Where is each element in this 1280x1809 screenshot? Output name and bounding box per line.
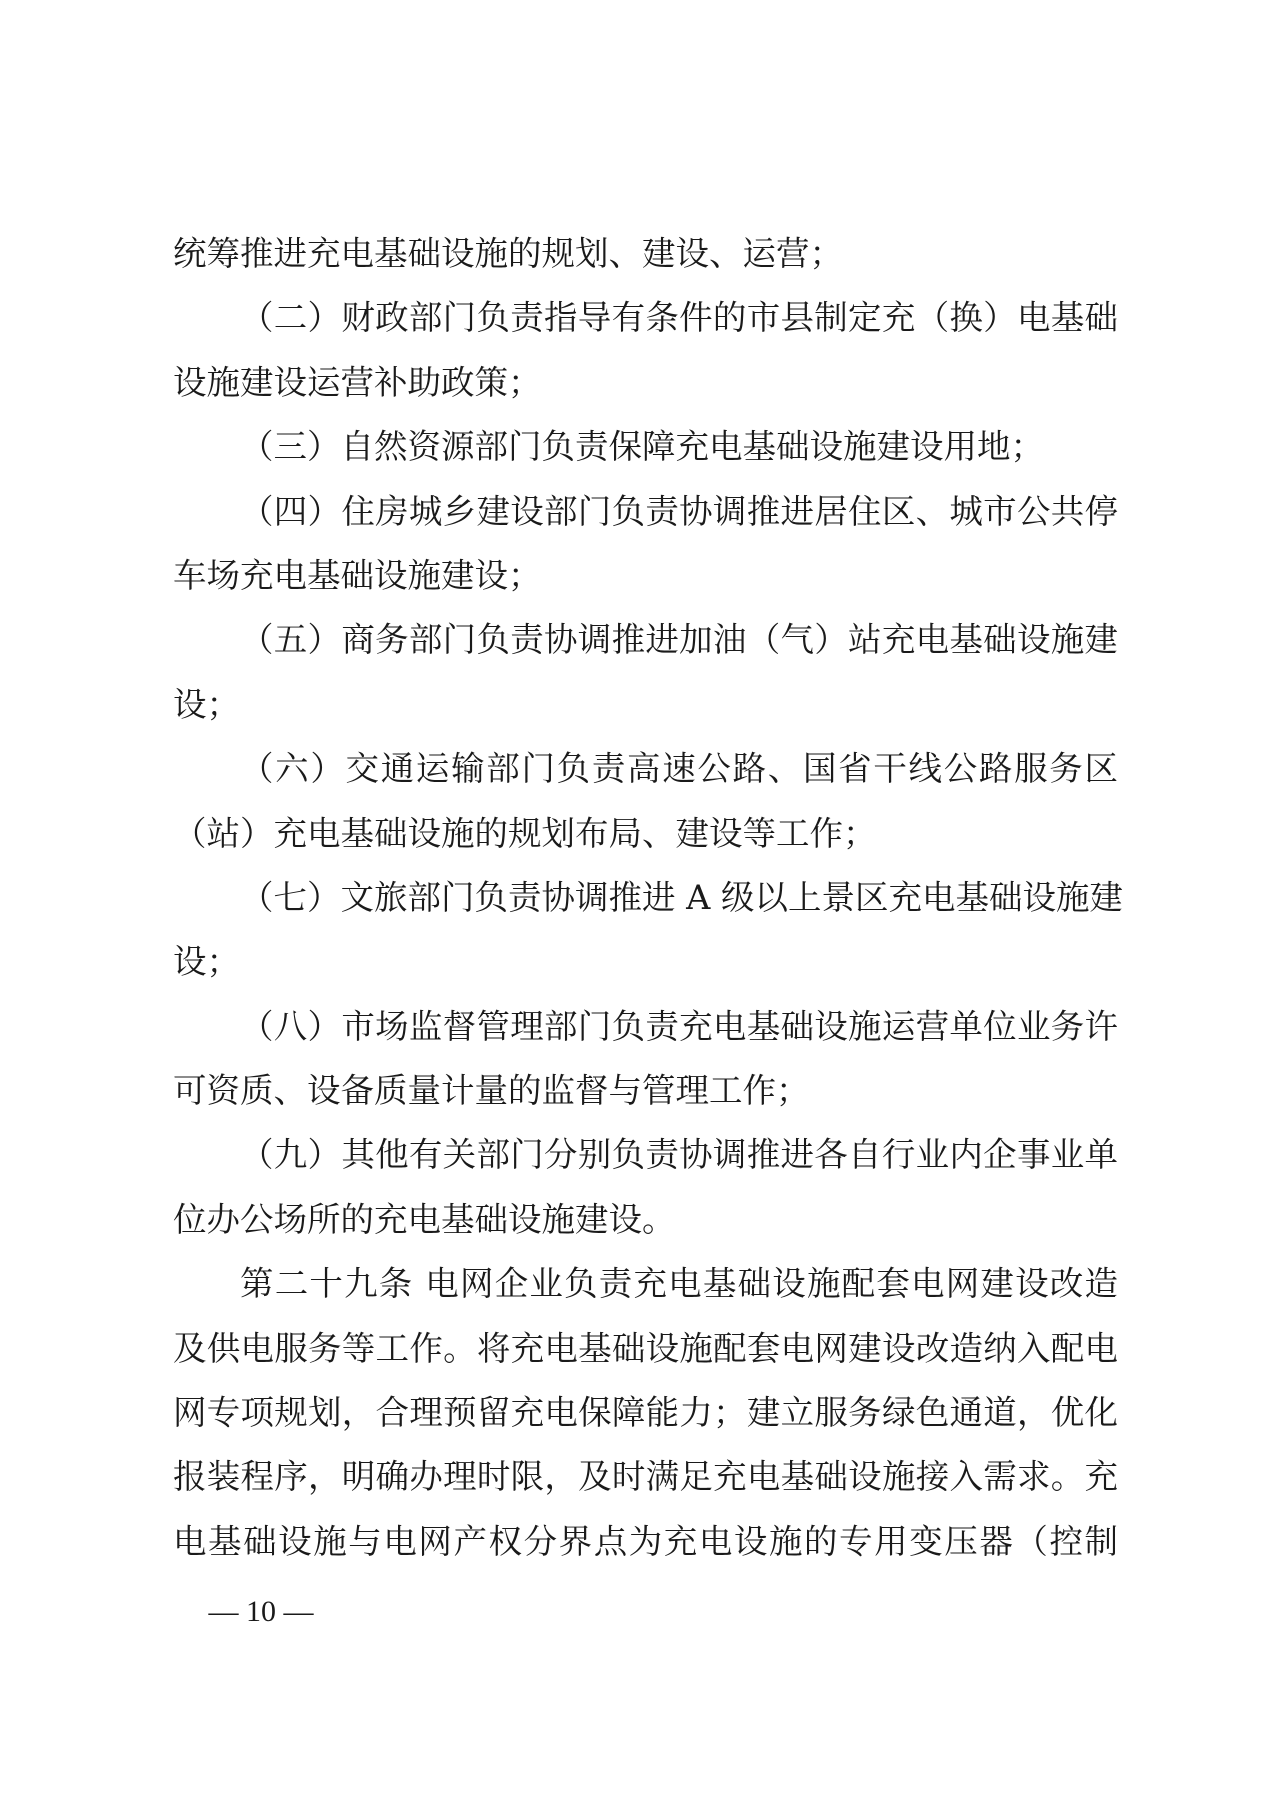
text-line-3: （三）自然资源部门负责保障充电基础设施建设用地； (173, 415, 1118, 479)
text-line-14: （九）其他有关部门分别负责协调推进各自行业内企事业单 (173, 1123, 1118, 1187)
text-line-13: 可资质、设备质量计量的监督与管理工作； (173, 1059, 1118, 1123)
text-line-8: （六）交通运输部门负责高速公路、国省干线公路服务区 (173, 737, 1118, 801)
text-line-4: （四）住房城乡建设部门负责协调推进居住区、城市公共停 (173, 480, 1118, 544)
text-line-0: 统筹推进充电基础设施的规划、建设、运营； (173, 222, 1118, 286)
text-line-5: 车场充电基础设施建设； (173, 544, 1118, 608)
document-page: 统筹推进充电基础设施的规划、建设、运营； （二）财政部门负责指导有条件的市县制定… (0, 0, 1280, 1809)
text-line-10: （七）文旅部门负责协调推进 A 级以上景区充电基础设施建 (173, 866, 1118, 930)
article-29-heading-line: 第二十九条 电网企业负责充电基础设施配套电网建设改造 (173, 1252, 1118, 1316)
text-line-19: 报装程序，明确办理时限，及时满足充电基础设施接入需求。充 (173, 1445, 1118, 1509)
document-body: 统筹推进充电基础设施的规划、建设、运营； （二）财政部门负责指导有条件的市县制定… (173, 222, 1118, 1574)
text-line-6: （五）商务部门负责协调推进加油（气）站充电基础设施建 (173, 608, 1118, 672)
text-line-1: （二）财政部门负责指导有条件的市县制定充（换）电基础 (173, 286, 1118, 350)
text-line-15: 位办公场所的充电基础设施建设。 (173, 1188, 1118, 1252)
text-line-11: 设； (173, 930, 1118, 994)
text-line-17: 及供电服务等工作。将充电基础设施配套电网建设改造纳入配电 (173, 1317, 1118, 1381)
text-line-18: 网专项规划，合理预留充电保障能力；建立服务绿色通道，优化 (173, 1381, 1118, 1445)
text-line-20: 电基础设施与电网产权分界点为充电设施的专用变压器（控制 (173, 1510, 1118, 1574)
text-line-2: 设施建设运营补助政策； (173, 351, 1118, 415)
text-line-7: 设； (173, 673, 1118, 737)
text-line-9: （站）充电基础设施的规划布局、建设等工作； (173, 802, 1118, 866)
text-line-12: （八）市场监督管理部门负责充电基础设施运营单位业务许 (173, 995, 1118, 1059)
page-number: — 10 — (200, 1592, 322, 1632)
